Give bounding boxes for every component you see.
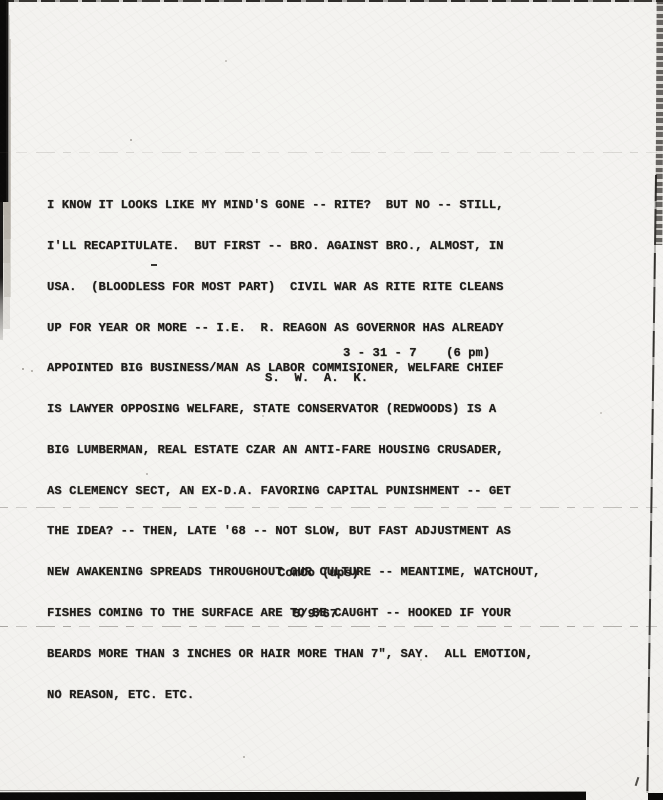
scan-artifact-bottom-bar <box>0 792 586 800</box>
footer-date: 5/9/67 <box>293 608 359 622</box>
scan-artifact-slash-mark <box>635 777 640 786</box>
body-line: BIG LUMBERMAN, REAL ESTATE CZAR AN ANTI-… <box>47 444 540 458</box>
footer-credit: ComCo (ups) 5/9/67 <box>278 540 359 649</box>
body-line: UP FOR YEAR OR MORE -- I.E. R. REAGON AS… <box>47 322 540 336</box>
scan-artifact-left-strip-tail <box>0 200 3 340</box>
footer-org: ComCo (ups) <box>278 567 359 581</box>
scan-artifact-left-strip <box>0 0 9 202</box>
scan-artifact-right-line <box>646 175 657 793</box>
body-line: I KNOW IT LOOKS LIKE MY MIND'S GONE -- R… <box>47 199 540 213</box>
scan-artifact-dotted-line-1 <box>0 152 663 153</box>
body-line: IS LAWYER OPPOSING WELFARE, STATE CONSER… <box>47 403 540 417</box>
scan-artifact-bottom-faint-line <box>0 790 450 791</box>
scan-artifact-bottom-bar-right <box>648 793 663 800</box>
signature: S. W. A. K. <box>265 372 368 386</box>
body-line: NO REASON, ETC. ETC. <box>47 689 540 703</box>
scan-artifact-top-edge <box>0 0 663 2</box>
body-line: BEARDS MORE THAN 3 INCHES OR HAIR MORE T… <box>47 648 540 662</box>
body-line: I'LL RECAPITULATE. BUT FIRST -- BRO. AGA… <box>47 240 540 254</box>
scanned-document-page: I KNOW IT LOOKS LIKE MY MIND'S GONE -- R… <box>0 0 663 800</box>
body-line: AS CLEMENCY SECT, AN EX-D.A. FAVORING CA… <box>47 485 540 499</box>
date-line: 3 - 31 - 7 (6 pm) <box>343 347 490 361</box>
scan-artifact-right-strip <box>655 0 663 245</box>
body-line: THE IDEA? -- THEN, LATE '68 -- NOT SLOW,… <box>47 525 540 539</box>
body-line: USA. (BLOODLESS FOR MOST PART) CIVIL WAR… <box>47 281 540 295</box>
scan-artifact-specks <box>130 139 132 141</box>
